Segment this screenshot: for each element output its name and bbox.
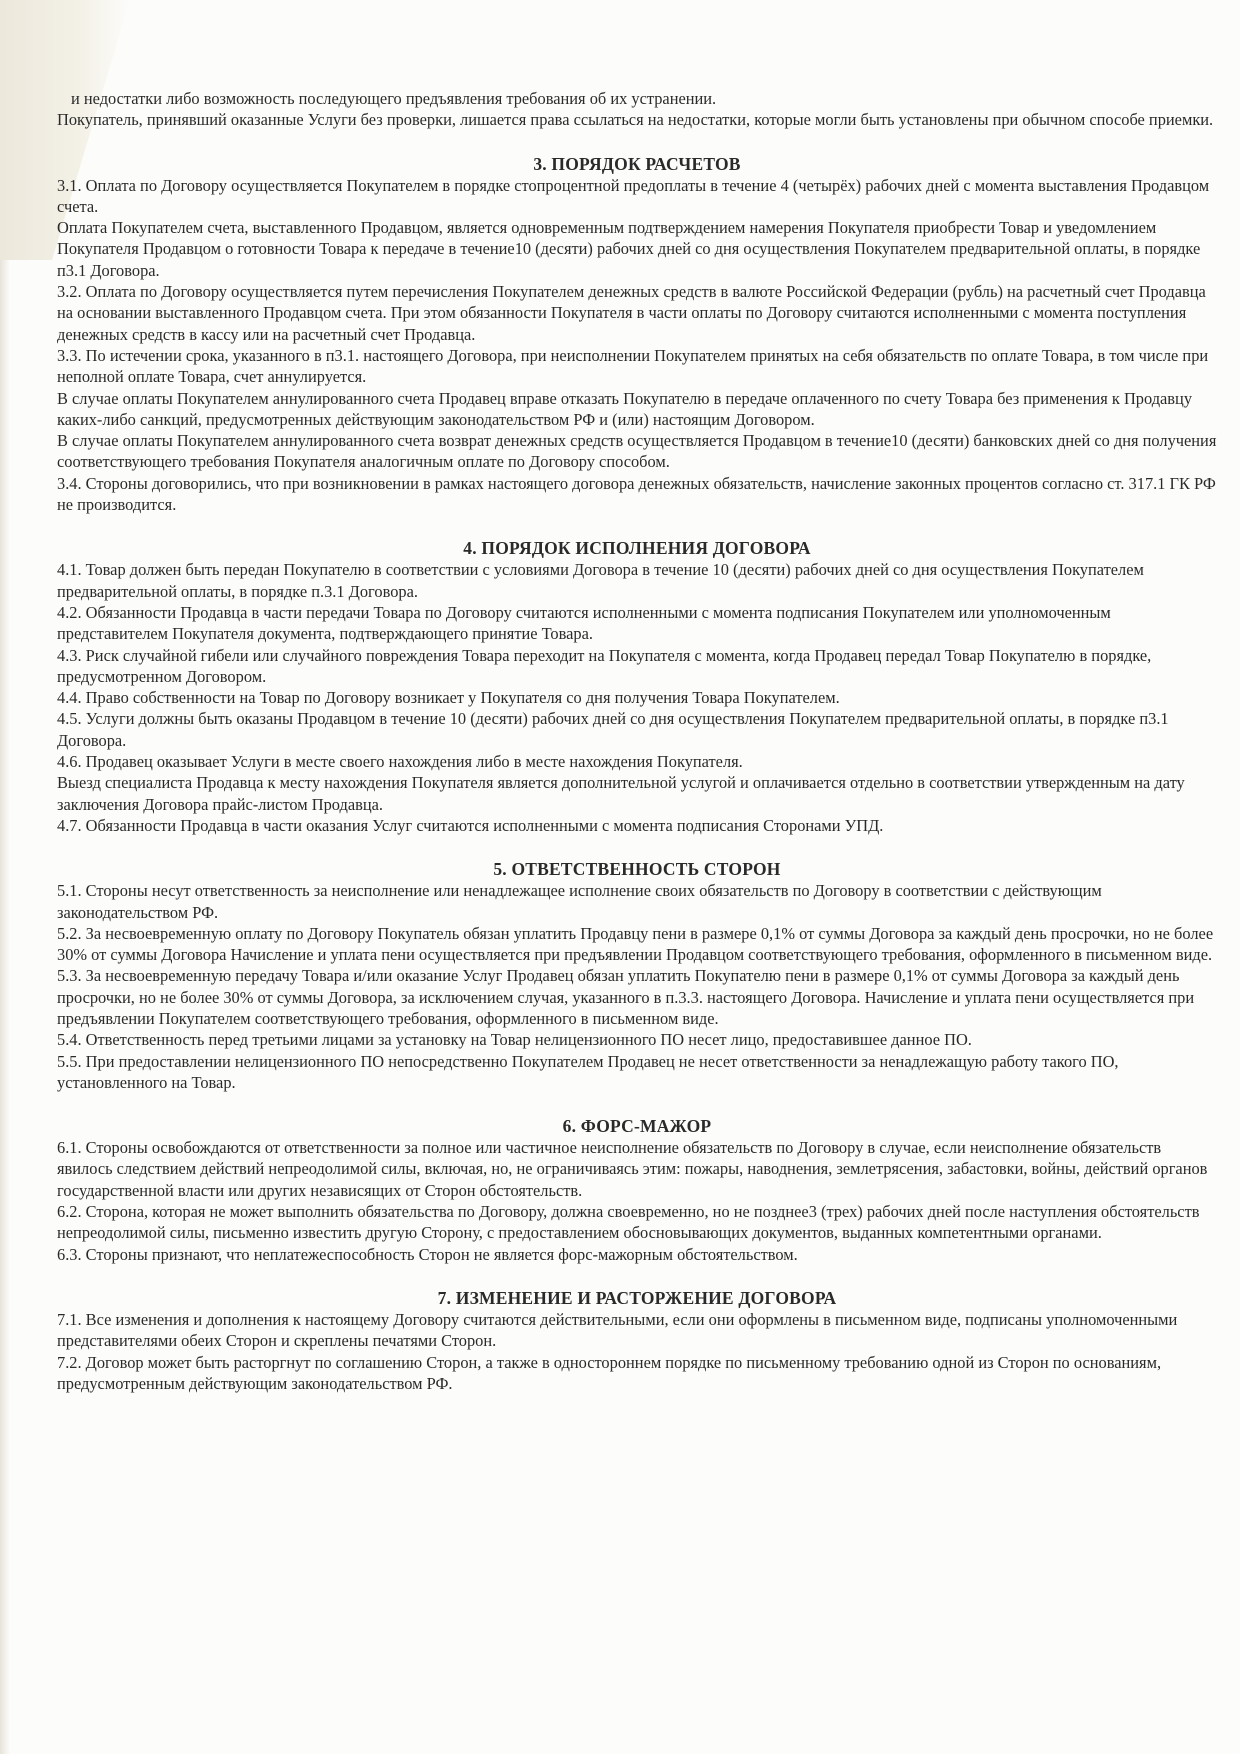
clause: 4.3. Риск случайной гибели или случайног… <box>57 645 1217 688</box>
clause: 5.3. За несвоевременную передачу Товара … <box>57 965 1217 1029</box>
section-force-majeure: 6. ФОРС-МАЖОР 6.1. Стороны освобождаются… <box>57 1115 1217 1265</box>
section-execution: 4. ПОРЯДОК ИСПОЛНЕНИЯ ДОГОВОРА 4.1. Това… <box>57 537 1217 836</box>
clause: 4.6. Продавец оказывает Услуги в месте с… <box>57 751 1217 772</box>
clause: 7.2. Договор может быть расторгнут по со… <box>57 1352 1217 1395</box>
clause: 4.4. Право собственности на Товар по Дог… <box>57 687 1217 708</box>
clause: 5.5. При предоставлении нелицензионного … <box>57 1051 1217 1094</box>
section-title: 4. ПОРЯДОК ИСПОЛНЕНИЯ ДОГОВОРА <box>57 537 1217 559</box>
clause: 6.2. Сторона, которая не может выполнить… <box>57 1201 1217 1244</box>
section-title: 5. ОТВЕТСТВЕННОСТЬ СТОРОН <box>57 858 1217 880</box>
section-title: 6. ФОРС-МАЖОР <box>57 1115 1217 1137</box>
clause: 5.4. Ответственность перед третьими лица… <box>57 1029 1217 1050</box>
clause: 4.1. Товар должен быть передан Покупател… <box>57 559 1217 602</box>
clause: 4.7. Обязанности Продавца в части оказан… <box>57 815 1217 836</box>
clause: 3.4. Стороны договорились, что при возни… <box>57 473 1217 516</box>
clause: 5.1. Стороны несут ответственность за не… <box>57 880 1217 923</box>
clause: 3.1. Оплата по Договору осуществляется П… <box>57 175 1217 218</box>
clause: Оплата Покупателем счета, выставленного … <box>57 217 1217 281</box>
clause: 3.3. По истечении срока, указанного в п3… <box>57 345 1217 388</box>
section-liability: 5. ОТВЕТСТВЕННОСТЬ СТОРОН 5.1. Стороны н… <box>57 858 1217 1093</box>
scan-edge-shadow <box>0 0 10 1754</box>
clause: Выезд специалиста Продавца к месту нахож… <box>57 772 1217 815</box>
clause: 4.2. Обязанности Продавца в части переда… <box>57 602 1217 645</box>
clause: 4.5. Услуги должны быть оказаны Продавцо… <box>57 708 1217 751</box>
clause: 5.2. За несвоевременную оплату по Догово… <box>57 923 1217 966</box>
clause: В случае оплаты Покупателем аннулированн… <box>57 388 1217 431</box>
clause: 7.1. Все изменения и дополнения к настоя… <box>57 1309 1217 1352</box>
section-title: 7. ИЗМЕНЕНИЕ И РАСТОРЖЕНИЕ ДОГОВОРА <box>57 1287 1217 1309</box>
clause: В случае оплаты Покупателем аннулированн… <box>57 430 1217 473</box>
clause: 6.3. Стороны признают, что неплатежеспос… <box>57 1244 1217 1265</box>
intro-paragraph: и недостатки либо возможность последующе… <box>57 88 1217 109</box>
section-title: 3. ПОРЯДОК РАСЧЕТОВ <box>57 153 1217 175</box>
document-page: и недостатки либо возможность последующе… <box>57 88 1217 1394</box>
section-payment: 3. ПОРЯДОК РАСЧЕТОВ 3.1. Оплата по Догов… <box>57 153 1217 516</box>
intro-paragraph: Покупатель, принявший оказанные Услуги б… <box>57 109 1217 130</box>
intro-block: и недостатки либо возможность последующе… <box>57 88 1217 131</box>
clause: 3.2. Оплата по Договору осуществляется п… <box>57 281 1217 345</box>
section-amendment: 7. ИЗМЕНЕНИЕ И РАСТОРЖЕНИЕ ДОГОВОРА 7.1.… <box>57 1287 1217 1394</box>
clause: 6.1. Стороны освобождаются от ответствен… <box>57 1137 1217 1201</box>
